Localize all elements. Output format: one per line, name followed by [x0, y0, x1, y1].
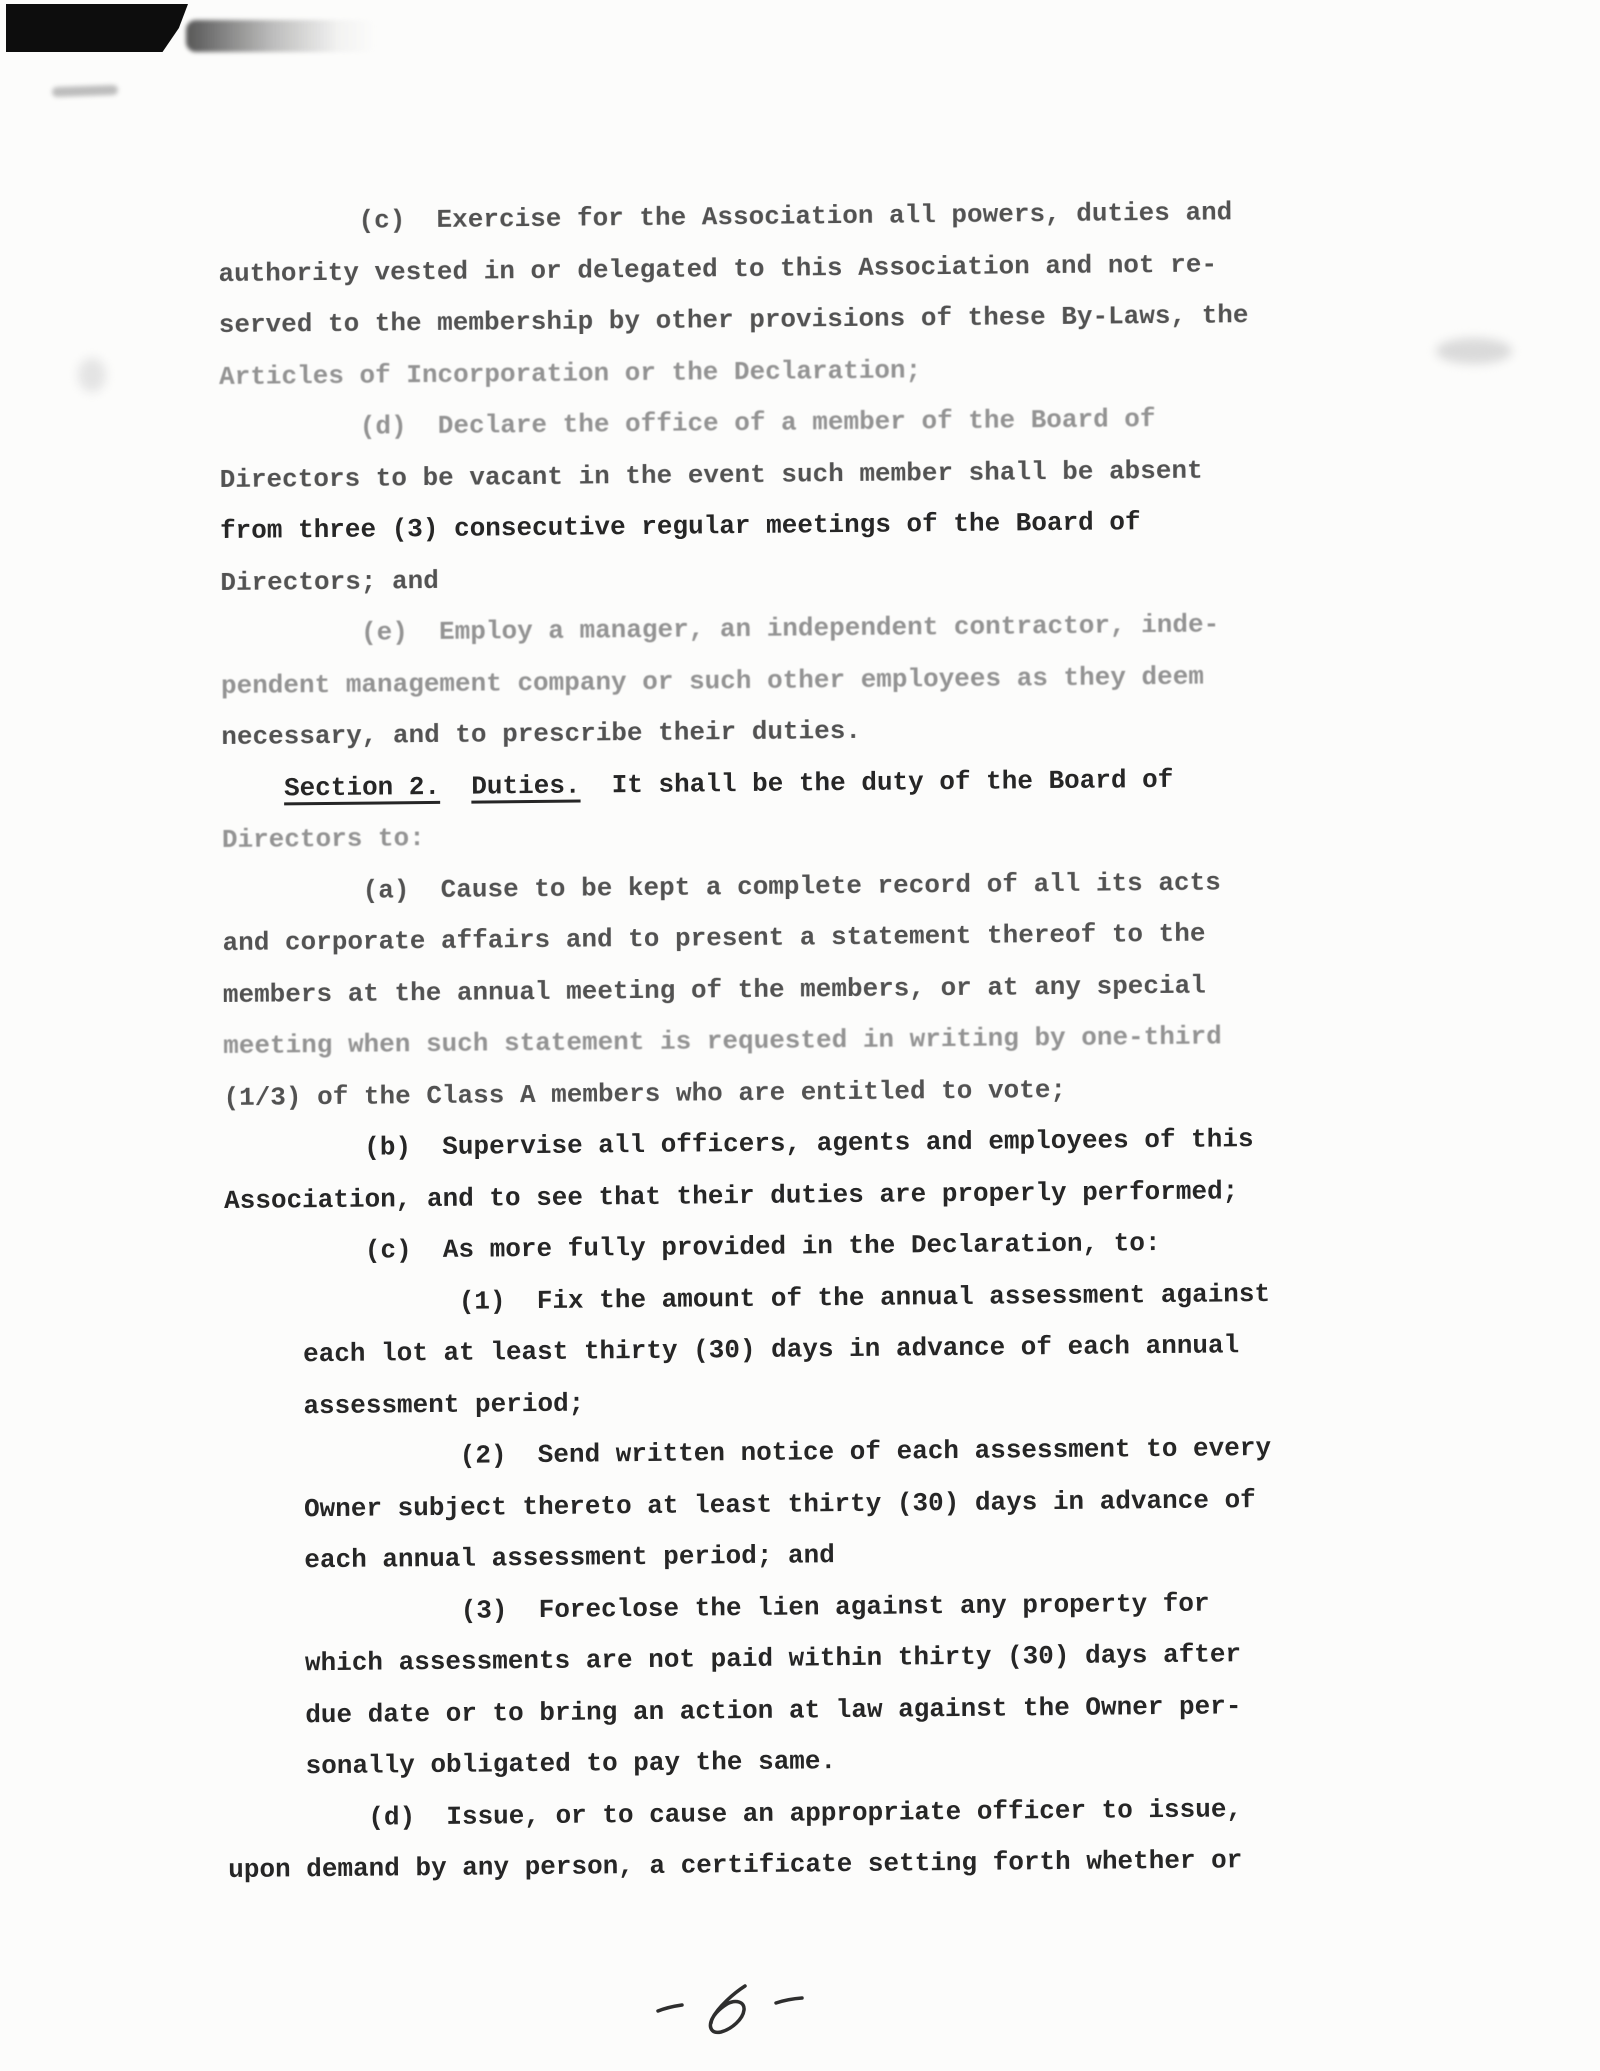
- text-segment: Directors; and: [220, 565, 439, 597]
- text-segment: Owner subject thereto at least thirty (3…: [226, 1485, 1256, 1525]
- underlined-text: Section 2.: [284, 771, 440, 802]
- text-segment: due date or to bring an action at law ag…: [227, 1691, 1241, 1731]
- text-segment: (e) Employ a manager, an independent con…: [221, 609, 1220, 649]
- text-segment: upon demand by any person, a certificate…: [228, 1845, 1242, 1885]
- text-segment: each lot at least thirty (30) days in ad…: [225, 1330, 1239, 1370]
- text-line: upon demand by any person, a certificate…: [228, 1834, 1408, 1897]
- text-segment: assessment period;: [225, 1388, 584, 1421]
- text-segment: each annual assessment period; and: [226, 1540, 835, 1576]
- text-segment: (c) Exercise for the Association all pow…: [218, 197, 1232, 237]
- underlined-text: Duties.: [471, 770, 580, 801]
- text-segment: Directors to be vacant in the event such…: [220, 455, 1203, 494]
- scan-artifact-black-bar: [6, 4, 188, 52]
- text-segment: sonally obligated to pay the same.: [227, 1746, 836, 1782]
- text-segment: (d) Declare the office of a member of th…: [219, 404, 1155, 443]
- text-segment: [440, 771, 471, 801]
- text-segment: [222, 773, 285, 804]
- scan-artifact-small-mark: [52, 85, 118, 97]
- text-segment: (a) Cause to be kept a complete record o…: [222, 867, 1221, 907]
- text-segment: (c) As more fully provided in the Declar…: [224, 1228, 1160, 1267]
- text-segment: (b) Supervise all officers, agents and e…: [224, 1124, 1254, 1164]
- document-text: (c) Exercise for the Association all pow…: [218, 186, 1408, 1897]
- text-segment: pendent management company or such other…: [221, 661, 1204, 700]
- page-number: [648, 1978, 818, 2040]
- text-segment: Articles of Incorporation or the Declara…: [219, 355, 921, 392]
- text-segment: (1) Fix the amount of the annual assessm…: [225, 1278, 1270, 1318]
- scan-artifact-gray-smear: [186, 20, 376, 52]
- text-segment: Directors to:: [222, 823, 425, 855]
- text-segment: which assessments are not paid within th…: [227, 1639, 1241, 1679]
- text-segment: authority vested in or delegated to this…: [218, 249, 1217, 289]
- scan-artifact-smudge-left: [78, 358, 106, 392]
- text-segment: It shall be the duty of the Board of: [580, 764, 1173, 800]
- text-segment: served to the membership by other provis…: [219, 300, 1249, 340]
- text-segment: (3) Foreclose the lien against any prope…: [227, 1588, 1210, 1627]
- text-segment: and corporate affairs and to present a s…: [222, 919, 1205, 958]
- scan-artifact-smudge-right: [1436, 338, 1512, 364]
- text-segment: (d) Issue, or to cause an appropriate of…: [228, 1794, 1242, 1834]
- handwritten-six-icon: [648, 1978, 818, 2040]
- text-segment: necessary, and to prescribe their duties…: [221, 716, 861, 752]
- text-segment: meeting when such statement is requested…: [223, 1021, 1222, 1061]
- text-segment: (1/3) of the Class A members who are ent…: [223, 1074, 1066, 1112]
- text-segment: from three (3) consecutive regular meeti…: [220, 507, 1141, 546]
- text-segment: members at the annual meeting of the mem…: [223, 970, 1206, 1009]
- text-segment: (2) Send written notice of each assessme…: [226, 1433, 1271, 1473]
- scanned-document-page: (c) Exercise for the Association all pow…: [0, 0, 1600, 2071]
- text-segment: Association, and to see that their dutie…: [224, 1176, 1238, 1216]
